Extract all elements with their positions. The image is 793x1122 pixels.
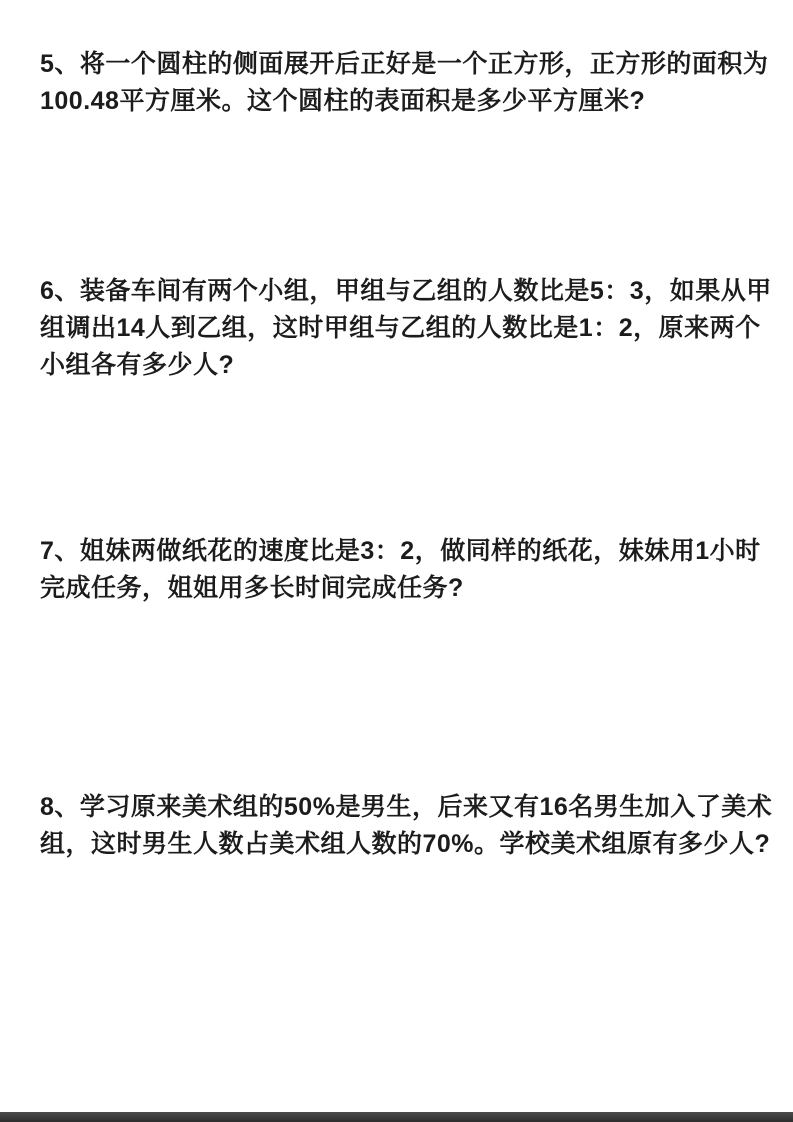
problem-6-line-1: 6、装备车间有两个小组，甲组与乙组的人数比是5：3，如果从甲 [40,273,757,310]
problem-6-line-3: 小组各有多少人? [40,347,757,384]
problem-7: 7、姐妹两做纸花的速度比是3：2，做同样的纸花，妹妹用1小时 完成任务，姐姐用多… [40,533,757,607]
problem-5: 5、将一个圆柱的侧面展开后正好是一个正方形，正方形的面积为 100.48平方厘米… [40,46,757,120]
problem-8-line-2: 组，这时男生人数占美术组人数的70%。学校美术组原有多少人? [40,826,757,863]
problem-7-line-1: 7、姐妹两做纸花的速度比是3：2，做同样的纸花，妹妹用1小时 [40,533,757,570]
problem-6: 6、装备车间有两个小组，甲组与乙组的人数比是5：3，如果从甲 组调出14人到乙组… [40,273,757,384]
problem-7-line-2: 完成任务，姐姐用多长时间完成任务? [40,570,757,607]
page-bottom-edge-bar [0,1112,793,1122]
problem-5-line-1: 5、将一个圆柱的侧面展开后正好是一个正方形，正方形的面积为 [40,46,757,83]
problem-8-line-1: 8、学习原来美术组的50%是男生，后来又有16名男生加入了美术 [40,789,757,826]
worksheet-page: 5、将一个圆柱的侧面展开后正好是一个正方形，正方形的面积为 100.48平方厘米… [0,0,793,1122]
problem-6-line-2: 组调出14人到乙组，这时甲组与乙组的人数比是1：2，原来两个 [40,310,757,347]
problem-8: 8、学习原来美术组的50%是男生，后来又有16名男生加入了美术 组，这时男生人数… [40,789,757,863]
problem-5-line-2: 100.48平方厘米。这个圆柱的表面积是多少平方厘米? [40,83,757,120]
